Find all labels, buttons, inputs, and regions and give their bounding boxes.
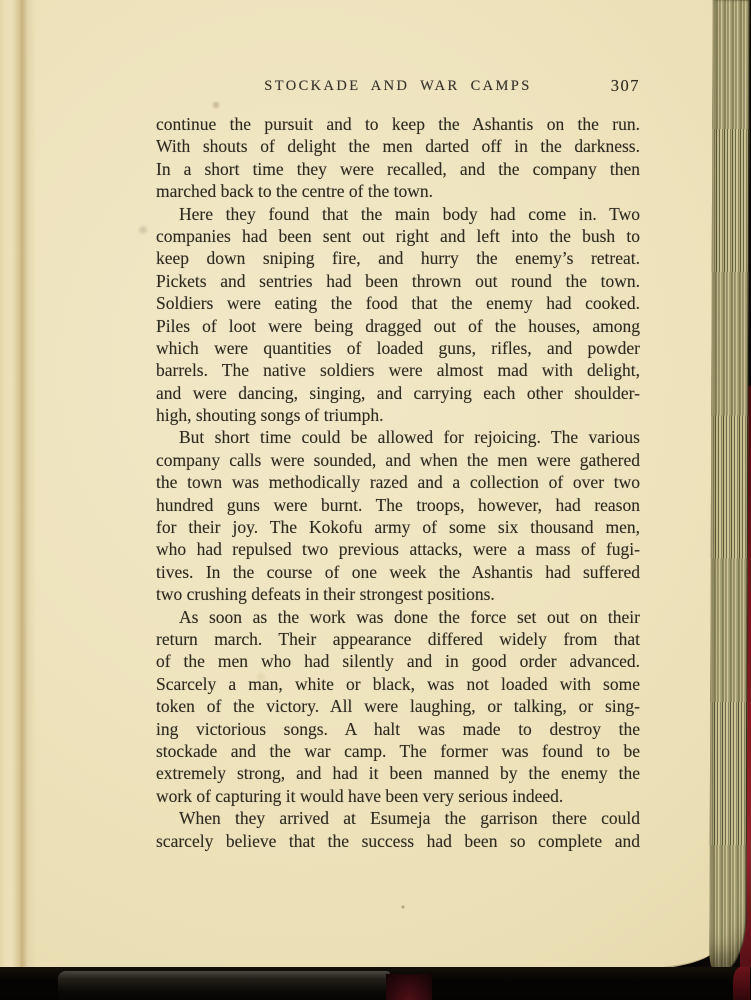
text-line: barrels. The native soldiers were almost… <box>156 359 640 381</box>
text-line: Pickets and sentries had been thrown out… <box>156 270 640 292</box>
text-line: tives. In the course of one week the Ash… <box>156 561 640 583</box>
text-line: company calls were sounded, and when the… <box>156 449 640 471</box>
text-line: of the men who had silently and in good … <box>156 650 640 672</box>
text-line: high, shouting songs of triumph. <box>156 404 640 426</box>
text-line: Here they found that the main body had c… <box>156 203 640 225</box>
paper-blemish <box>401 905 405 909</box>
text-line: Piles of loot were being dragged out of … <box>156 315 640 337</box>
book-board-bottom-edge <box>58 971 390 1000</box>
text-line: When they arrived at Esumeja the garriso… <box>156 807 640 829</box>
text-line: But short time could be allowed for rejo… <box>156 426 640 448</box>
running-header: STOCKADE AND WAR CAMPS 307 <box>156 77 640 97</box>
text-line: companies had been sent out right and le… <box>156 225 640 247</box>
text-line: who had repulsed two previous attacks, w… <box>156 538 640 560</box>
text-line: the town was methodically razed and a co… <box>156 471 640 493</box>
text-line: In a short time they were recalled, and … <box>156 158 640 180</box>
text-line: hundred guns were burnt. The troops, how… <box>156 494 640 516</box>
text-line: marched back to the centre of the town. <box>156 180 640 202</box>
text-line: Scarcely a man, white or black, was not … <box>156 673 640 695</box>
text-line: two crushing defeats in their strongest … <box>156 583 640 605</box>
text-line: return march. Their appearance differed … <box>156 628 640 650</box>
text-line: work of capturing it would have been ver… <box>156 785 640 807</box>
text-line: As soon as the work was done the force s… <box>156 606 640 628</box>
text-line: ing victorious songs. A halt was made to… <box>156 718 640 740</box>
paper-blemish <box>137 224 149 236</box>
text-line: for their joy. The Kokofu army of some s… <box>156 516 640 538</box>
text-block: STOCKADE AND WAR CAMPS 307 continue the … <box>156 77 640 852</box>
cover-red-glimpse-bottom <box>386 974 432 1000</box>
page-gutter-crease <box>0 0 36 971</box>
cover-red-glimpse-corner <box>733 967 750 1000</box>
scanned-book-photo: STOCKADE AND WAR CAMPS 307 continue the … <box>0 0 751 1000</box>
text-line: stockade and the war camp. The former wa… <box>156 740 640 762</box>
table-shadow-band <box>0 967 751 1000</box>
text-line: which were quantities of loaded guns, ri… <box>156 337 640 359</box>
text-line: With shouts of delight the men darted of… <box>156 135 640 157</box>
page-fore-edge-stack <box>709 0 749 974</box>
page-number: 307 <box>611 76 640 96</box>
book-page: STOCKADE AND WAR CAMPS 307 continue the … <box>0 0 714 973</box>
text-line: keep down sniping fire, and hurry the en… <box>156 247 640 269</box>
text-line: scarcely believe that the success had be… <box>156 830 640 852</box>
text-line: token of the victory. All were laughing,… <box>156 695 640 717</box>
text-line: continue the pursuit and to keep the Ash… <box>156 113 640 135</box>
running-header-title: STOCKADE AND WAR CAMPS <box>264 78 532 94</box>
body-text: continue the pursuit and to keep the Ash… <box>156 113 640 852</box>
text-line: Soldiers were eating the food that the e… <box>156 292 640 314</box>
text-line: and were dancing, singing, and carrying … <box>156 382 640 404</box>
text-line: extremely strong, and had it been manned… <box>156 762 640 784</box>
